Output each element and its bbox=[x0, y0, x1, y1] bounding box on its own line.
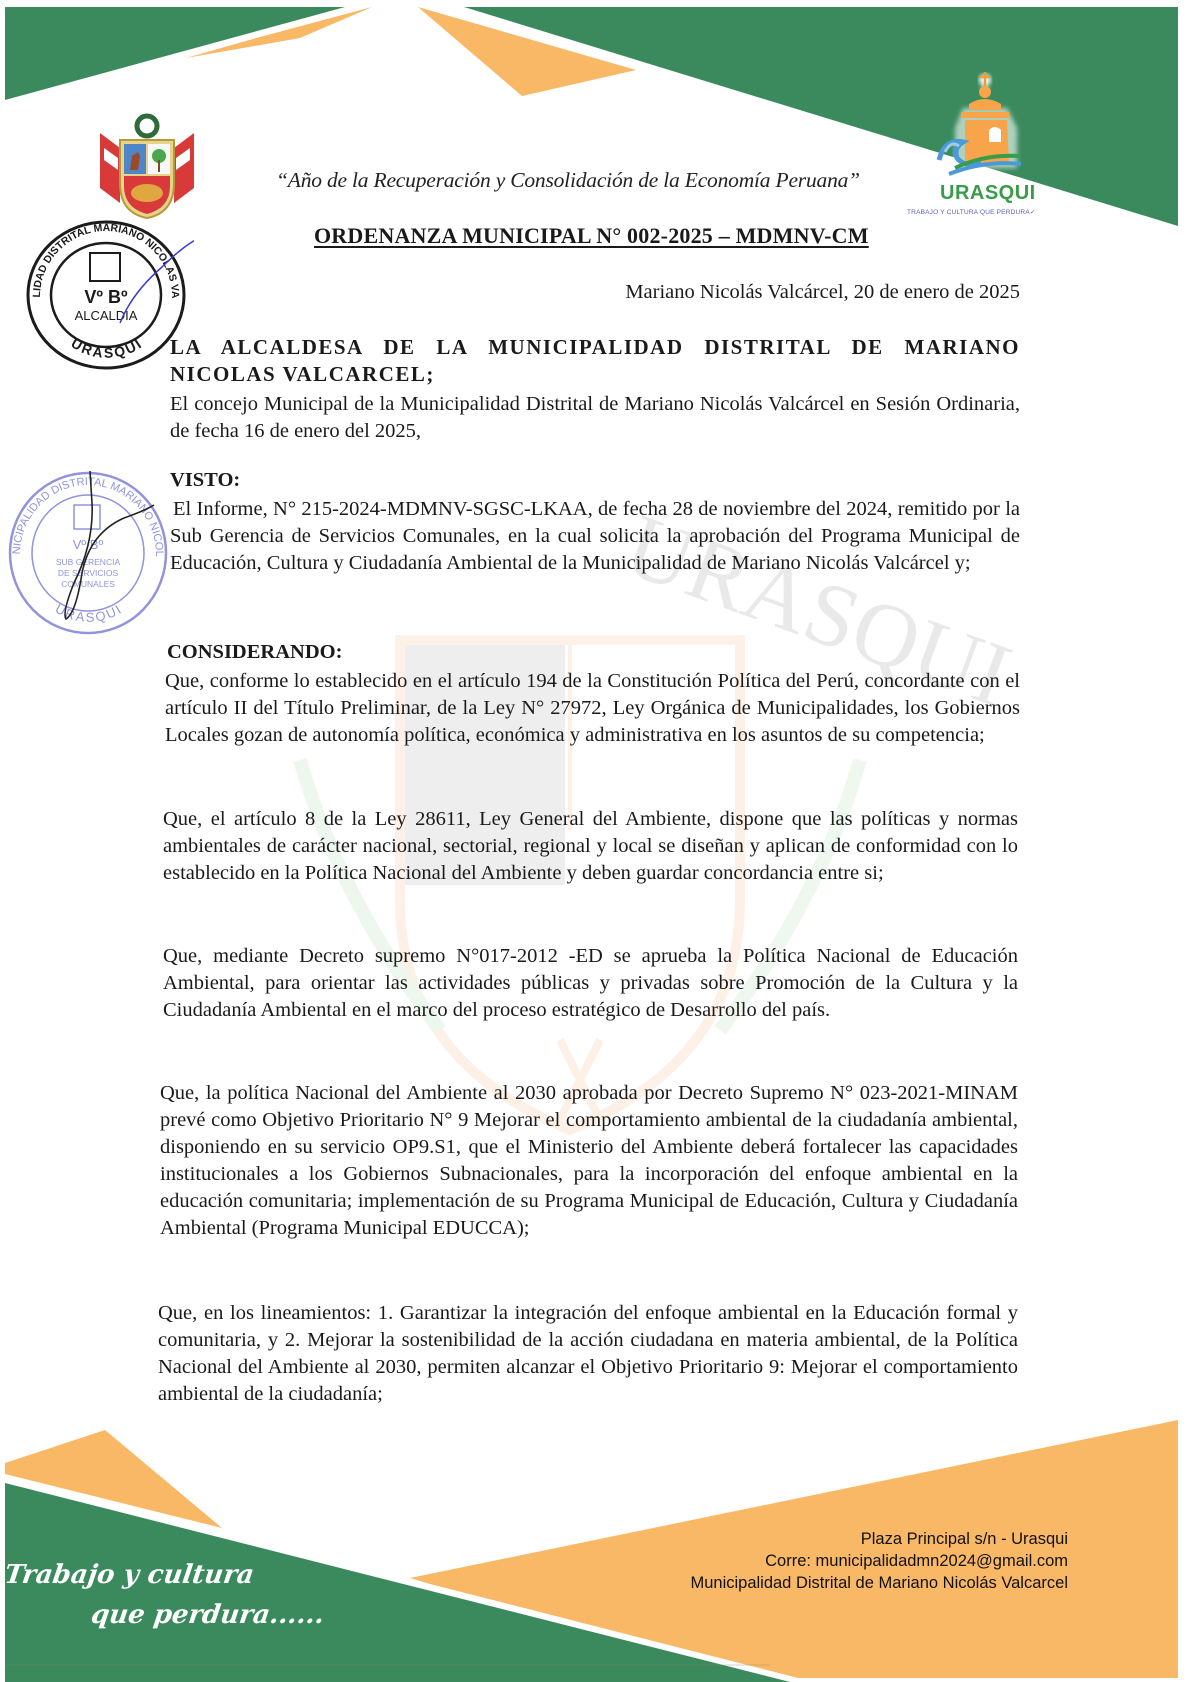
considerando-paragraph-4: Que, la política Nacional del Ambiente a… bbox=[160, 1080, 1018, 1242]
considerando-paragraph-2: Que, el artículo 8 de la Ley 28611, Ley … bbox=[163, 806, 1018, 887]
considerando-paragraph-5: Que, en los lineamientos: 1. Garantizar … bbox=[158, 1300, 1018, 1408]
top-left-green-band bbox=[5, 7, 345, 100]
sub-gerencia-approval-stamp: MUNICIPALIDAD DISTRITAL MARIANO NICOLAS … bbox=[4, 463, 172, 643]
considerando-paragraph-3: Que, mediante Decreto supremo N°017-2012… bbox=[163, 943, 1018, 1024]
logo-name: URASQUI bbox=[940, 182, 1036, 205]
considerando-paragraph-1: Que, conforme lo establecido en el artíc… bbox=[165, 668, 1020, 749]
peru-coat-of-arms-icon bbox=[92, 108, 202, 223]
footer-institution: Municipalidad Distrital de Mariano Nicol… bbox=[690, 1572, 1068, 1594]
document-title: ORDENANZA MUNICIPAL N° 002-2025 – MDMNV-… bbox=[314, 223, 869, 249]
svg-text:SUB GERENCIA: SUB GERENCIA bbox=[56, 557, 121, 567]
church-tower-logo-icon bbox=[935, 68, 1055, 182]
footer-address: Plaza Principal s/n - Urasqui bbox=[690, 1528, 1068, 1550]
footer-motto-line1: Trabajo y cultura bbox=[2, 1555, 333, 1595]
authority-heading: LA ALCALDESA DE LA MUNICIPALIDAD DISTRIT… bbox=[170, 334, 1020, 388]
urasqui-logo: URASQUI TRABAJO Y CULTURA QUE PERDURA✓ bbox=[935, 68, 1055, 220]
svg-text:COMUNALES: COMUNALES bbox=[61, 579, 115, 589]
intro-paragraph: El concejo Municipal de la Municipalidad… bbox=[170, 391, 1020, 445]
footer-motto: Trabajo y cultura que perdura...... bbox=[0, 1555, 333, 1635]
footer-contact: Plaza Principal s/n - Urasqui Corre: mun… bbox=[690, 1528, 1068, 1594]
footer-email[interactable]: Corre: municipalidadmn2024@gmail.com bbox=[690, 1550, 1068, 1572]
alcaldia-stamp-office: ALCALDIA bbox=[75, 308, 138, 323]
date-line: Mariano Nicolás Valcárcel, 20 de enero d… bbox=[625, 281, 1020, 304]
alcaldia-approval-stamp: MUNICIPALIDAD DISTRITAL MARIANO NICOLAS … bbox=[22, 213, 194, 373]
sub-gerencia-stamp-bottom-text: URASQUI bbox=[53, 601, 125, 625]
svg-text:URASQUI: URASQUI bbox=[53, 601, 125, 625]
considerando-heading: CONSIDERANDO: bbox=[167, 641, 342, 664]
alcaldia-stamp-vobo: Vº Bº bbox=[84, 287, 128, 307]
svg-text:URASQUI: URASQUI bbox=[68, 335, 145, 361]
svg-text:DE SERVICIOS: DE SERVICIOS bbox=[58, 568, 119, 578]
alcaldia-stamp-bottom-text: URASQUI bbox=[68, 335, 145, 361]
visto-heading: VISTO: bbox=[170, 469, 240, 492]
visto-paragraph: El Informe, N° 215-2024-MDMNV-SGSC-LKAA,… bbox=[170, 496, 1020, 577]
year-motto: “Año de la Recuperación y Consolidación … bbox=[276, 168, 860, 193]
footer-motto-line2: que perdura...... bbox=[0, 1595, 327, 1635]
top-right-green-band bbox=[464, 7, 1178, 226]
logo-tagline: TRABAJO Y CULTURA QUE PERDURA✓ bbox=[907, 208, 1035, 216]
